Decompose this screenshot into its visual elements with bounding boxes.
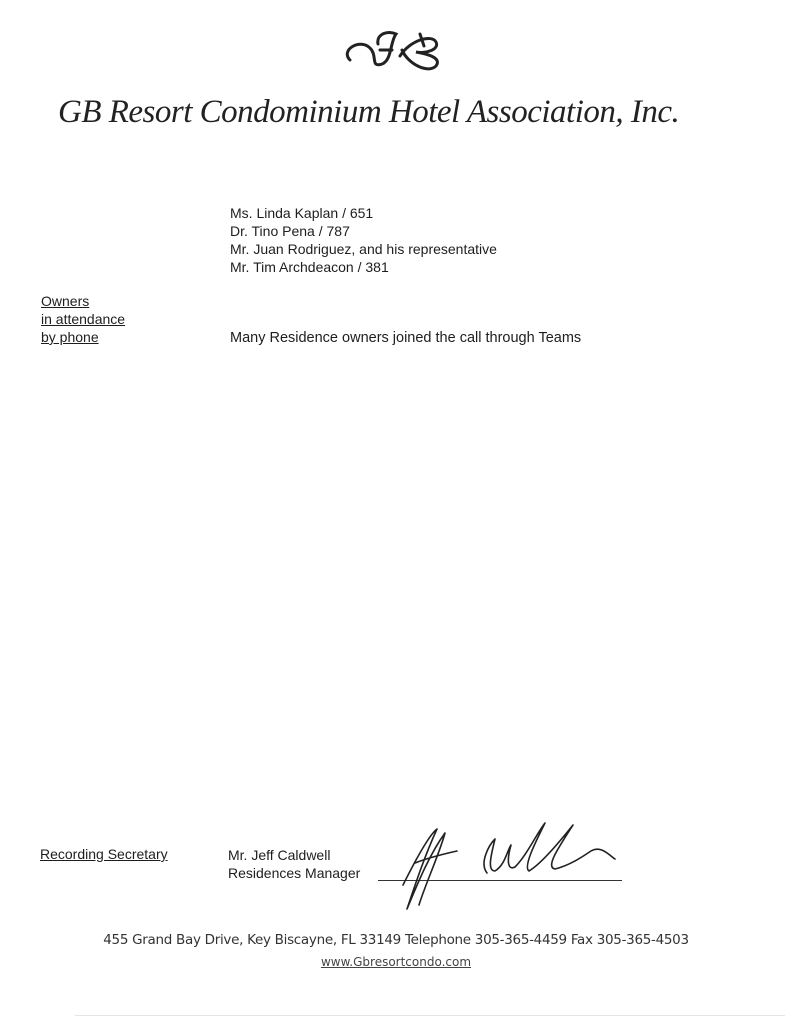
attendee-item: Ms. Linda Kaplan / 651 [230, 204, 373, 222]
website-link[interactable]: www.Gbresortcondo.com [321, 955, 471, 969]
signatory-title: Residences Manager [228, 864, 360, 882]
footer-address: 455 Grand Bay Drive, Key Biscayne, FL 33… [0, 932, 792, 948]
gb-monogram-icon [340, 20, 450, 76]
attendee-item: Mr. Tim Archdeacon / 381 [230, 258, 389, 276]
footer-website: www.Gbresortcondo.com [0, 955, 792, 969]
organization-name: GB Resort Condominium Hotel Association,… [58, 94, 738, 131]
phone-attendance-note: Many Residence owners joined the call th… [230, 330, 581, 346]
phone-label-line: Owners [41, 292, 89, 310]
attendee-item: Mr. Juan Rodriguez, and his representati… [230, 240, 497, 258]
phone-label-line: by phone [41, 328, 99, 346]
bottom-divider [75, 1015, 785, 1016]
signatory-name: Mr. Jeff Caldwell [228, 846, 360, 864]
phone-label-line: in attendance [41, 310, 125, 328]
signatory: Mr. Jeff Caldwell Residences Manager [228, 846, 360, 882]
handwritten-signature-icon [395, 815, 625, 915]
attendee-item: Dr. Tino Pena / 787 [230, 222, 350, 240]
recording-secretary-label: Recording Secretary [40, 846, 168, 862]
